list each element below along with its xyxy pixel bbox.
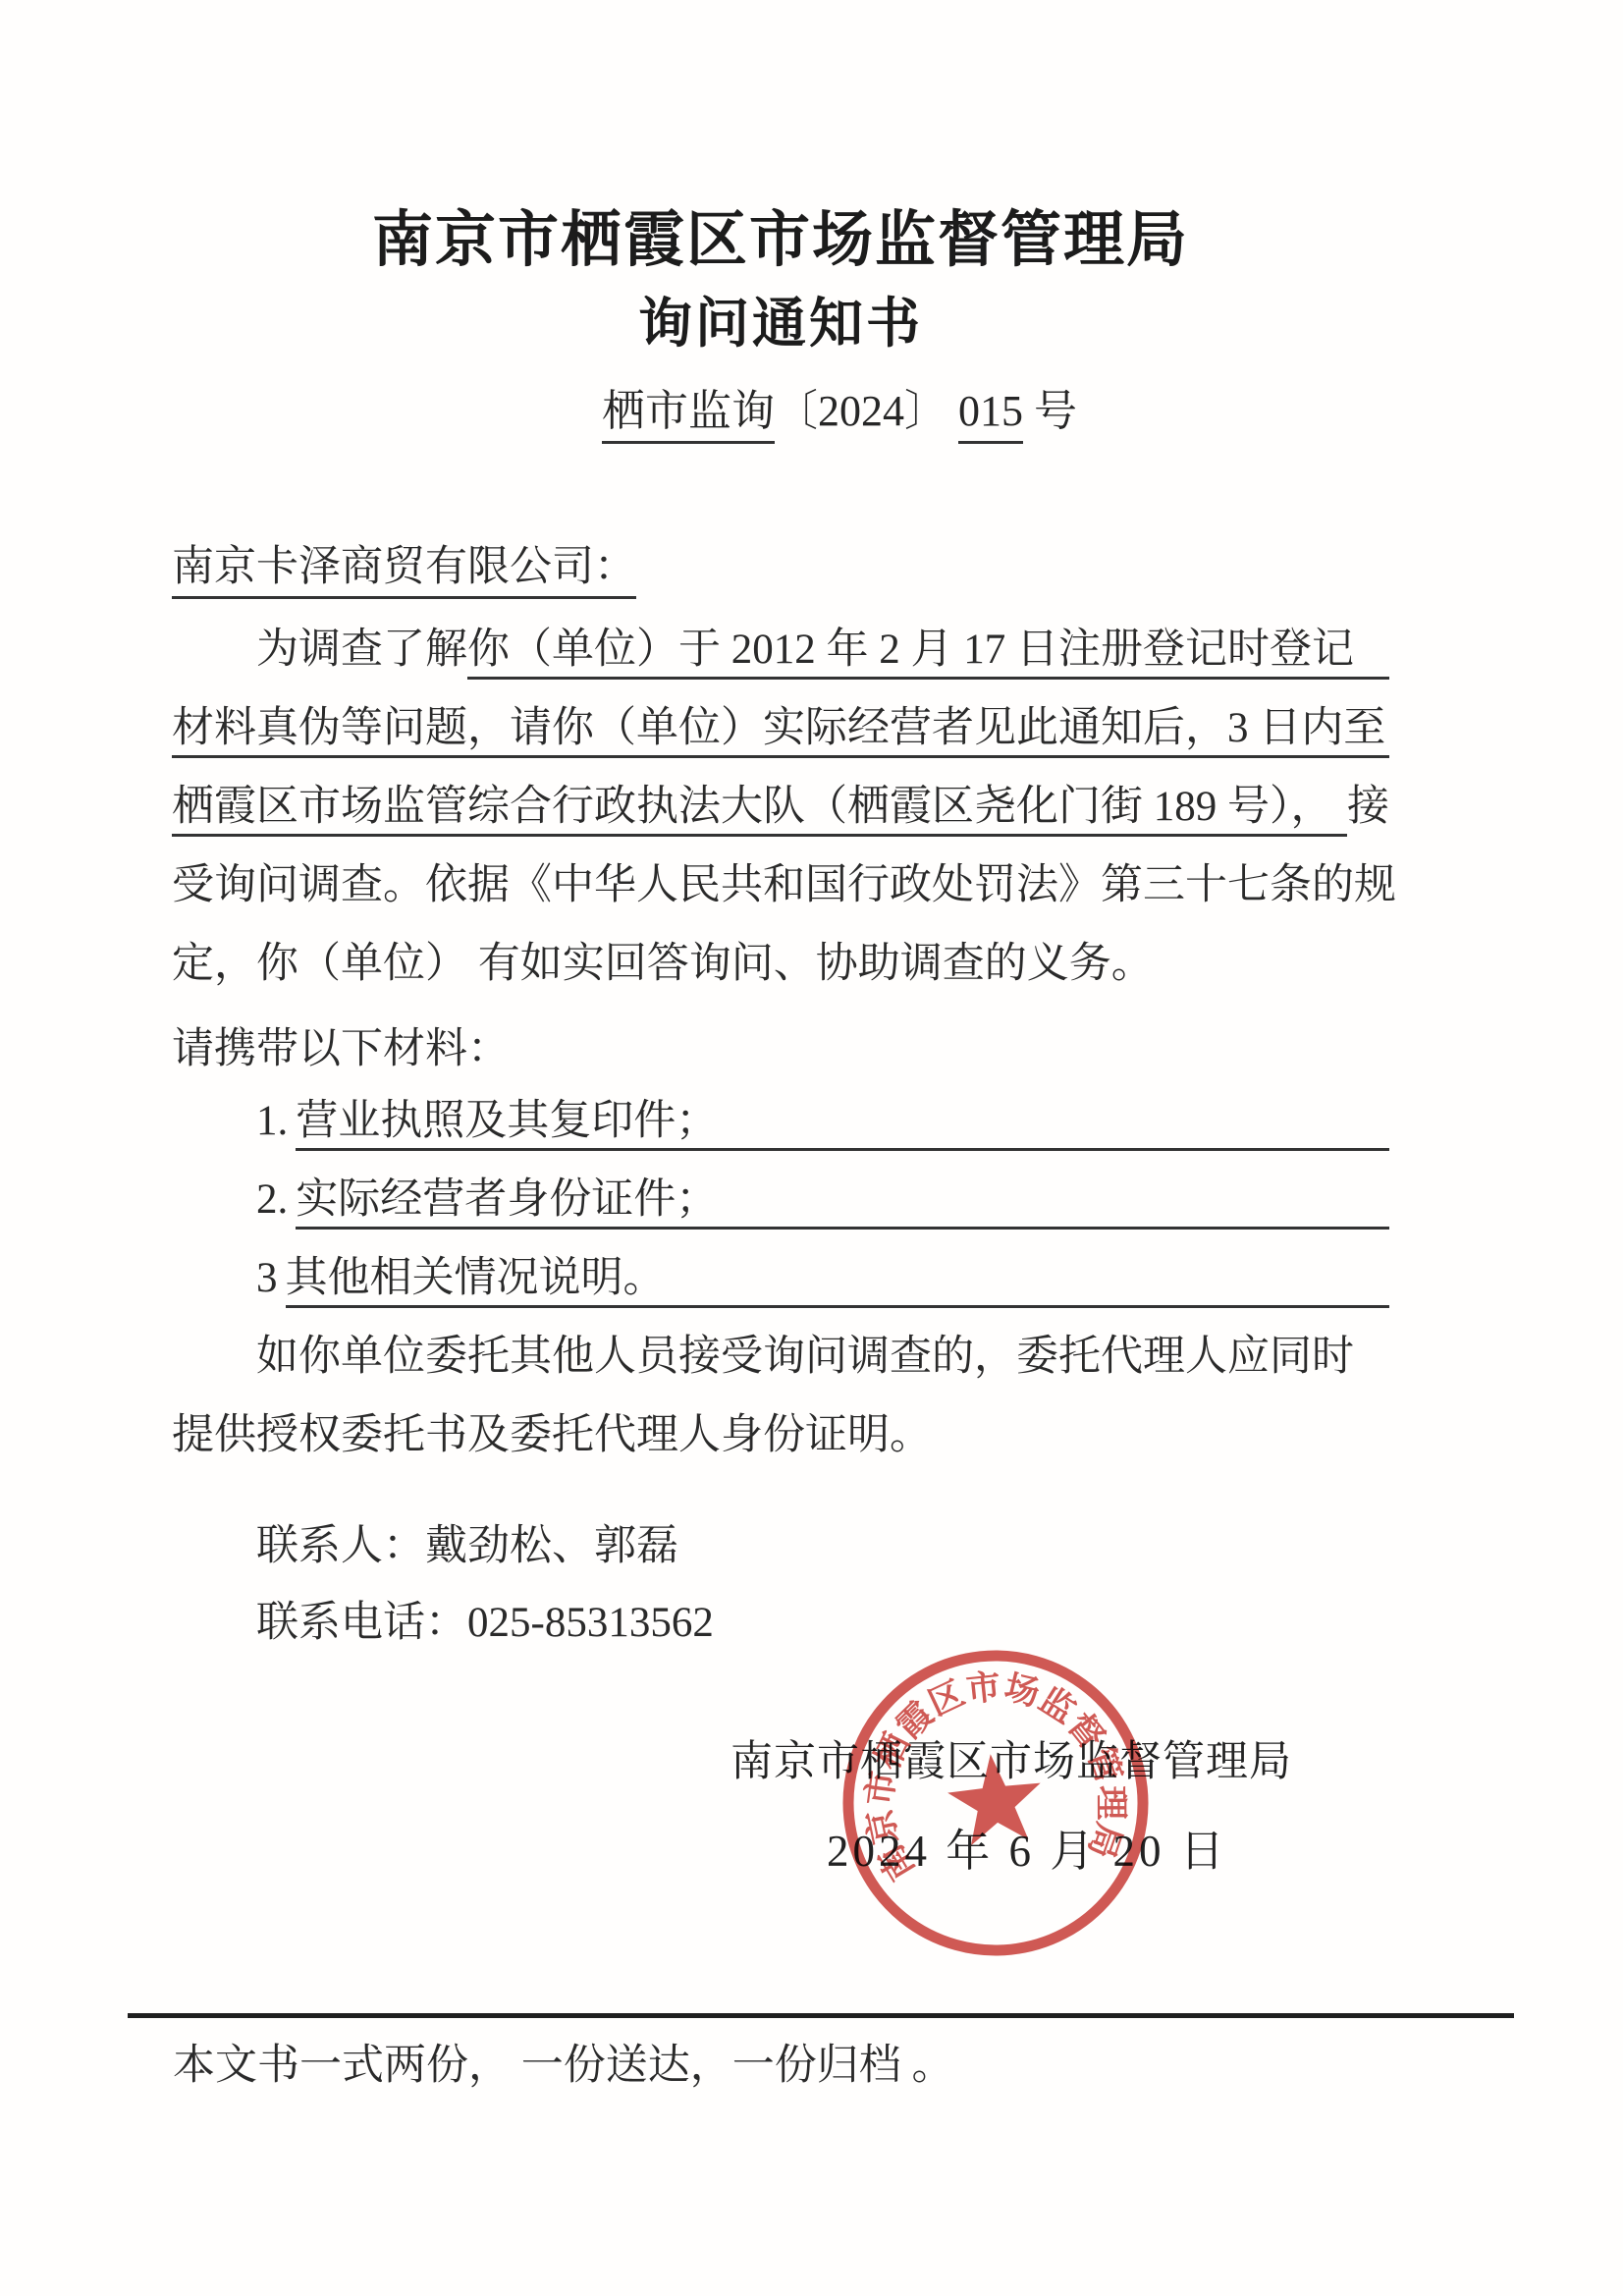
signature-date: 2024 年 6 月 20 日 [827,1830,1228,1874]
para1-line1-plain: 为调查了解 [256,629,467,671]
material-2-number: 2. [256,1178,288,1221]
material-3-number: 3 [256,1257,278,1299]
seal-ring [839,1646,1153,1960]
para1-line4: 受询问调查。依据《中华人民共和国行政处罚法》第三十七条的规 [172,864,1389,906]
para2-line1-text: 如你单位委托其他人员接受询问调查的，委托代理人应同时 [256,1336,1354,1378]
official-seal: 南京市栖霞区市场监督管理局 [839,1646,1153,1960]
svg-text:监: 监 [1033,1680,1082,1731]
svg-text:场: 场 [1001,1668,1043,1714]
materials-intro: 请携带以下材料： [172,1028,1389,1070]
document-type-title: 询问通知书 [172,297,1389,351]
contact-phone: 联系电话：025-85313562 [256,1602,714,1644]
doc-number-suffix: 号 [1034,387,1077,435]
document-page: 南京市栖霞区市场监督管理局 询问通知书 栖市监询〔2024〕 015 号 南京卡… [0,0,1623,2296]
para1-line3-underlined: 栖霞区市场监管综合行政执法大队（栖霞区尧化门街 189 号）， [172,786,1347,837]
doc-number-serial: 015 [958,387,1023,444]
material-2-text: 实际经营者身份证件； [296,1178,1389,1230]
para1-line3-plain: 接 [1347,786,1389,828]
para1-line1-underlined: 你（单位）于 2012 年 2 月 17 日注册登记时登记 [467,629,1389,680]
material-3-text: 其他相关情况说明。 [286,1257,1390,1308]
material-1-text: 营业执照及其复印件； [296,1100,1389,1151]
addressee-line: 南京卡泽商贸有限公司： [172,546,1389,588]
material-item-1: 1.营业执照及其复印件； [172,1100,1389,1151]
material-item-3: 3其他相关情况说明。 [172,1257,1389,1308]
agency-title: 南京市栖霞区市场监督管理局 [172,210,1389,271]
contact-person-line: 联系人：戴劲松、郭磊 [172,1525,1389,1567]
document-number: 栖市监询〔2024〕 015 号 [172,390,1389,433]
doc-number-prefix: 栖市监询 [602,387,775,444]
material-1-number: 1. [256,1100,288,1142]
contact-phone-line: 联系电话：025-85313562 [172,1602,1389,1644]
signature-agency: 南京市栖霞区市场监督管理局 [730,1741,1292,1783]
addressee-name: 南京卡泽商贸有限公司： [172,544,636,599]
para1-line2-underlined: 材料真伪等问题，请你（单位）实际经营者见此通知后，3 日内至 [172,707,1389,758]
doc-number-bracket: 〔2024〕 [775,387,947,435]
contact-person: 联系人：戴劲松、郭磊 [256,1525,678,1567]
material-item-2: 2.实际经营者身份证件； [172,1178,1389,1230]
para2-line1: 如你单位委托其他人员接受询问调查的，委托代理人应同时 [172,1336,1389,1378]
para1-line3: 栖霞区市场监管综合行政执法大队（栖霞区尧化门街 189 号），接 [172,786,1389,837]
svg-text:理: 理 [1092,1785,1130,1820]
para1-line5: 定，你（单位） 有如实回答询问、协助调查的义务。 [172,943,1389,985]
copies-note: 本文书一式两份， 一份送达，一份归档 。 [173,2045,954,2087]
svg-text:市: 市 [964,1667,1002,1709]
para1-line1: 为调查了解你（单位）于 2012 年 2 月 17 日注册登记时登记 [172,629,1389,680]
svg-text:区: 区 [923,1674,970,1723]
para2-line2: 提供授权委托书及委托代理人身份证明。 [172,1414,1389,1456]
footer-divider [128,2013,1514,2018]
para1-line2: 材料真伪等问题，请你（单位）实际经营者见此通知后，3 日内至 [172,707,1389,758]
